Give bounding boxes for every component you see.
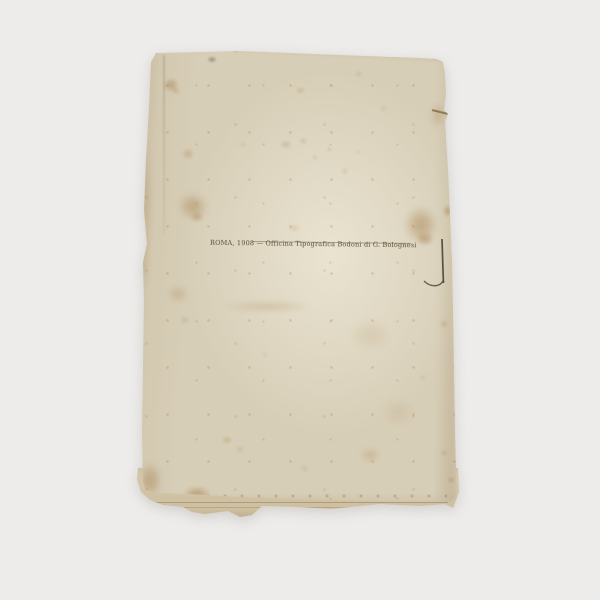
foxing-stain bbox=[180, 316, 190, 324]
foxing-speckle-texture bbox=[140, 51, 457, 511]
foxing-stain bbox=[356, 150, 361, 154]
foxing-stain bbox=[262, 352, 268, 357]
foxing-stain bbox=[380, 106, 386, 111]
foxing-stain bbox=[440, 450, 448, 456]
foxing-stain bbox=[296, 87, 305, 94]
foxing-stain bbox=[355, 71, 362, 77]
foxing-stain bbox=[420, 375, 426, 380]
foxing-stain bbox=[207, 56, 217, 63]
foxing-stain bbox=[383, 400, 413, 424]
foxing-stain bbox=[360, 448, 380, 462]
foxing-stain bbox=[240, 142, 246, 147]
foxing-stain bbox=[327, 147, 332, 152]
foxing-stain bbox=[300, 138, 307, 144]
foxing-stain bbox=[342, 168, 348, 174]
foxing-stain bbox=[312, 155, 318, 160]
booklet: ROMA, 1908 — Officina Tipografica Bodoni… bbox=[0, 0, 600, 600]
photo-backdrop: ROMA, 1908 — Officina Tipografica Bodoni… bbox=[0, 0, 600, 600]
foxing-stain bbox=[142, 140, 150, 260]
page-edge-line bbox=[148, 502, 448, 503]
foxing-stain bbox=[190, 212, 204, 222]
foxing-stain bbox=[140, 230, 147, 290]
back-cover: ROMA, 1908 — Officina Tipografica Bodoni… bbox=[140, 51, 457, 511]
foxing-stain bbox=[280, 140, 292, 149]
foxing-stain bbox=[447, 477, 455, 483]
foxing-stain bbox=[172, 88, 180, 94]
imprint-text: ROMA, 1908 — Officina Tipografica Bodoni… bbox=[210, 239, 410, 249]
foxing-stain bbox=[300, 465, 309, 472]
foxing-stain bbox=[430, 103, 446, 127]
foxing-stain bbox=[222, 436, 232, 444]
foxing-stain bbox=[222, 302, 314, 311]
page-edge-line bbox=[164, 507, 434, 508]
foxing-stain bbox=[288, 224, 300, 232]
foxing-stain bbox=[440, 320, 448, 328]
staple bbox=[420, 233, 460, 293]
foxing-stain bbox=[443, 205, 452, 217]
foxing-stain bbox=[430, 54, 437, 59]
foxing-stain bbox=[182, 148, 194, 160]
foxing-stain bbox=[236, 446, 244, 452]
foxing-stain bbox=[350, 320, 390, 350]
foxing-stain bbox=[168, 286, 188, 302]
